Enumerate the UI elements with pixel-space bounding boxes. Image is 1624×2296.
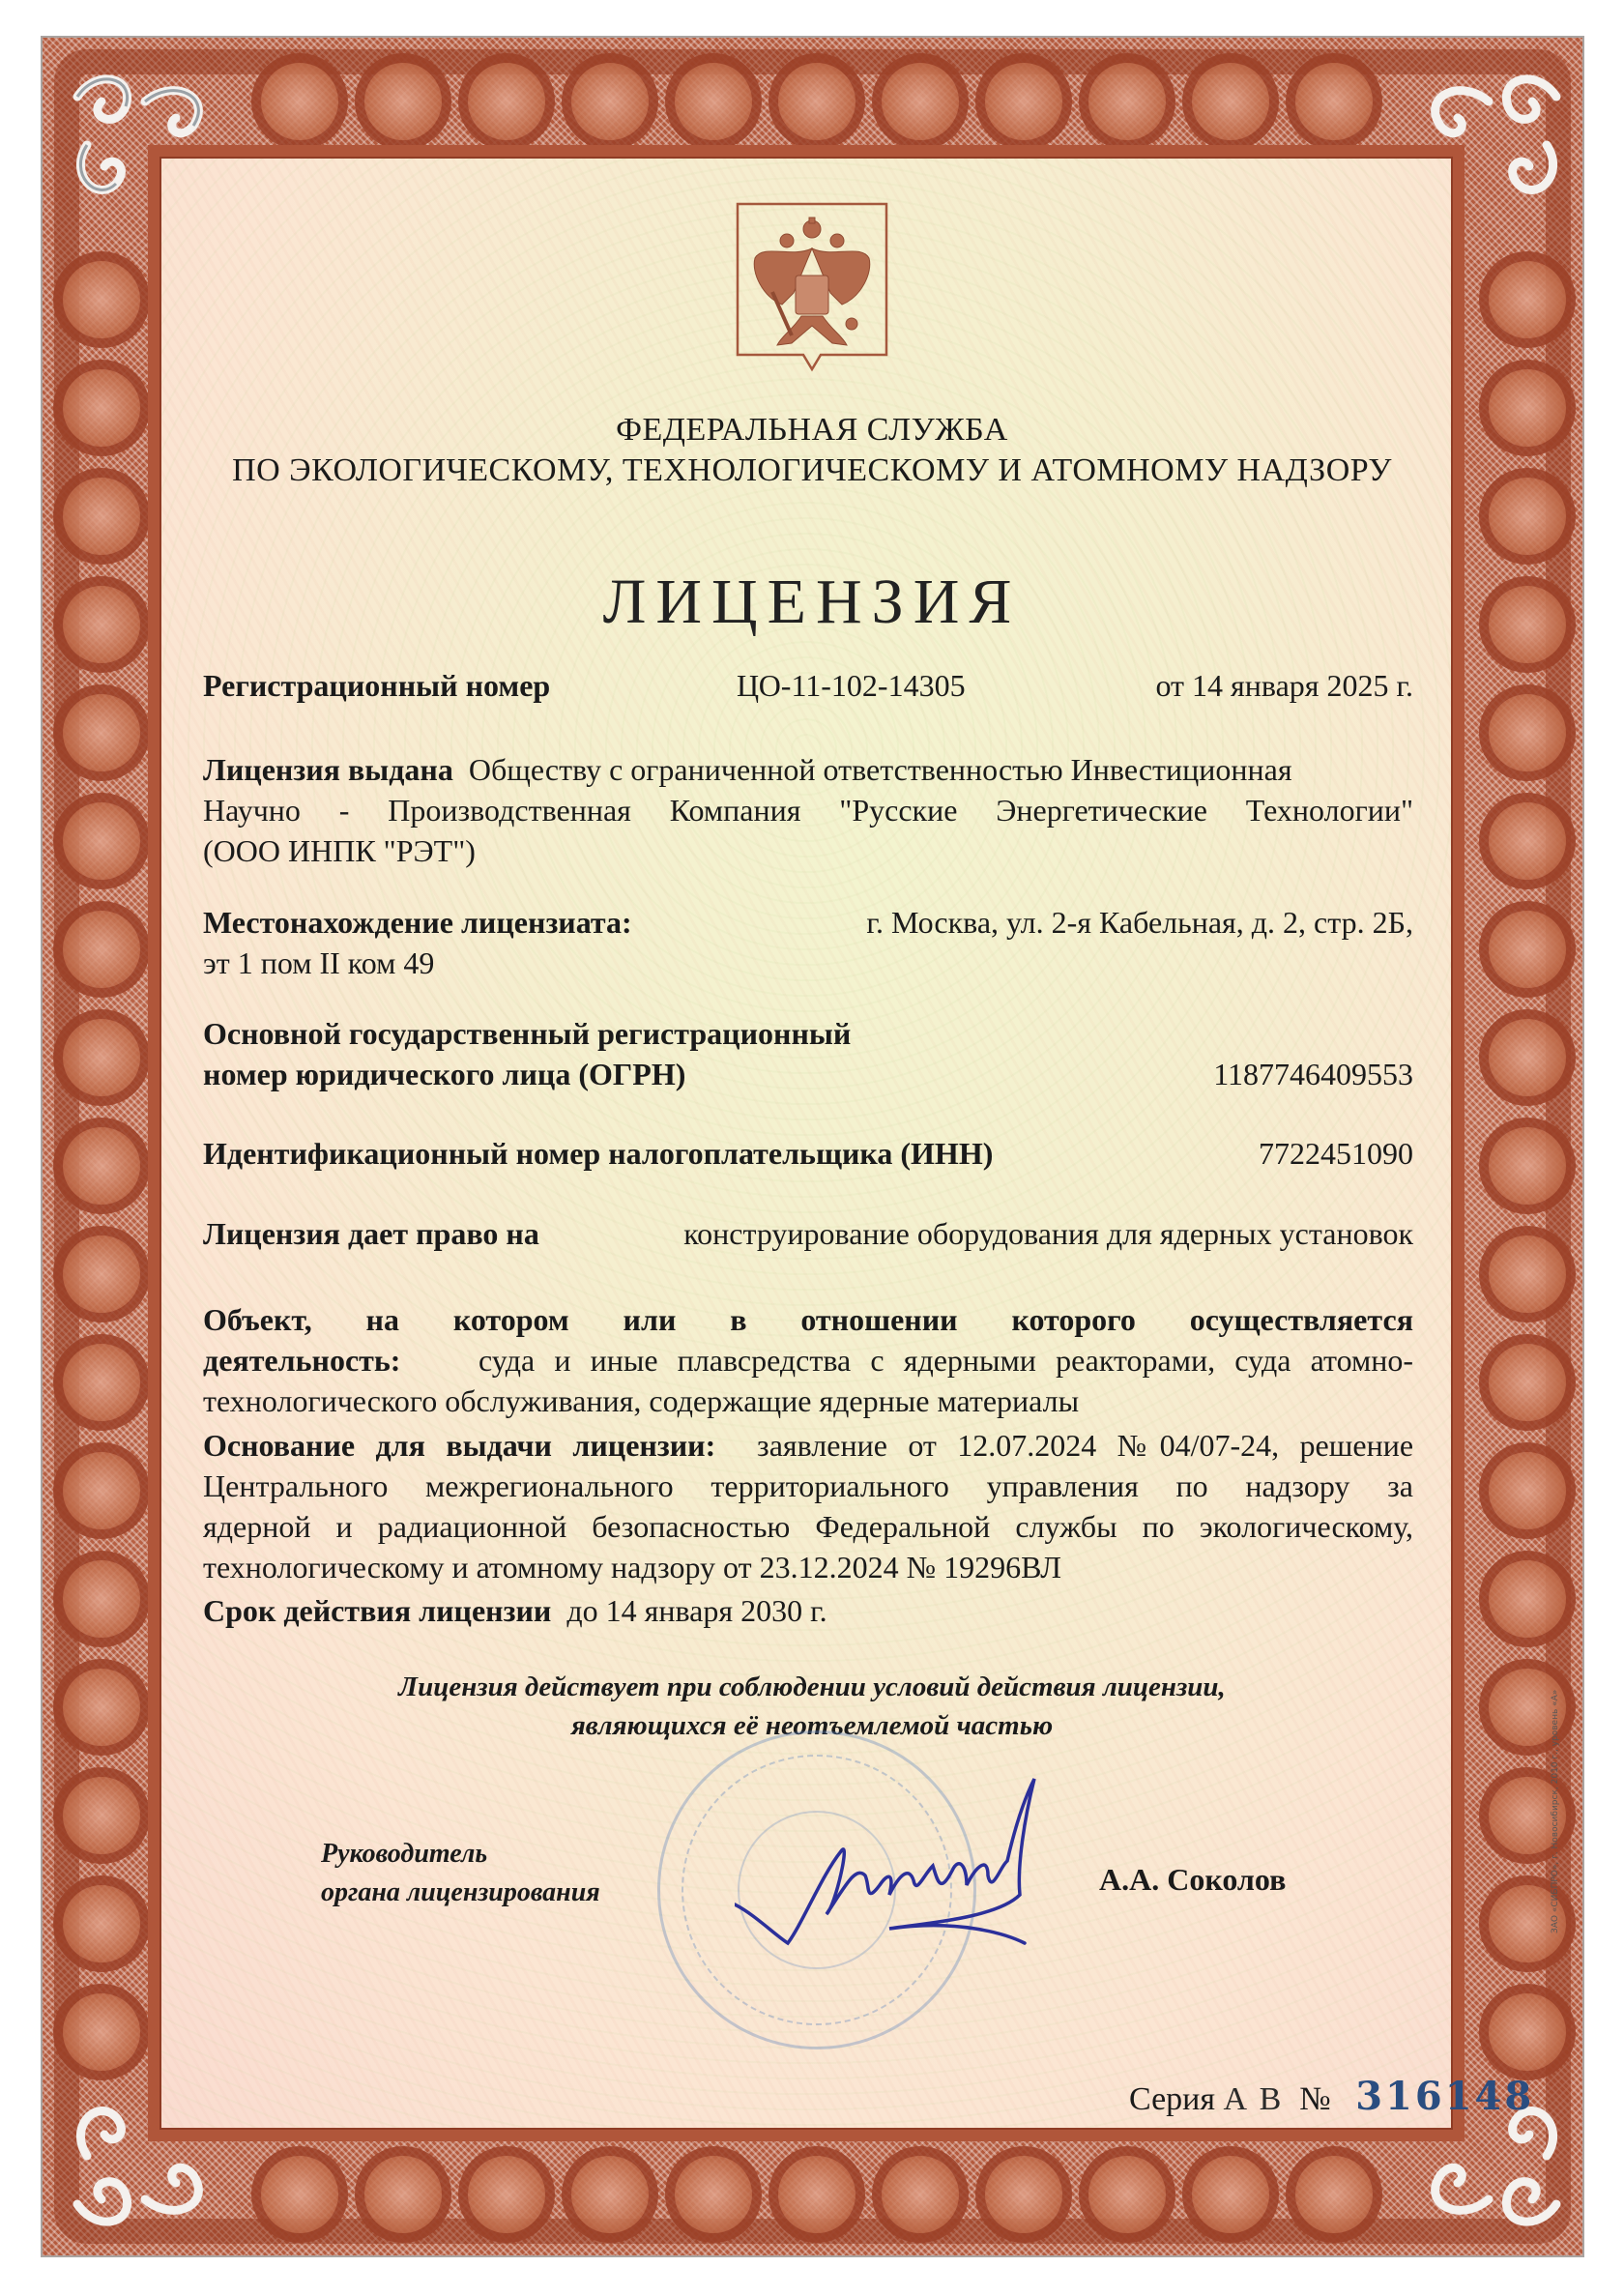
inn-value: 7722451090 xyxy=(1259,1133,1413,1174)
frame-scallop-ornament xyxy=(53,1226,150,1322)
rights-label: Лицензия дает право на xyxy=(203,1216,539,1251)
object-label-line2: деятельность: xyxy=(203,1343,400,1378)
frame-scallop-ornament xyxy=(768,53,865,150)
frame-scallop-ornament xyxy=(251,53,348,150)
document-title: ЛИЦЕНЗИЯ xyxy=(0,566,1624,639)
basis-value-line1: заявление от 12.07.2024 №04/07-24, решен… xyxy=(757,1428,1413,1463)
serial-number: 316148 xyxy=(1355,2074,1534,2119)
frame-scallop-ornament xyxy=(1079,2146,1175,2243)
frame-scallop-ornament xyxy=(1479,1551,1576,1647)
issued-to-line2: Научно - Производственная Компания "Русс… xyxy=(203,790,1413,830)
inn-label: Идентификационный номер налогоплательщик… xyxy=(203,1136,993,1171)
frame-scallop-ornament xyxy=(562,53,658,150)
frame-scallop-ornament xyxy=(1079,53,1175,150)
frame-scallop-ornament xyxy=(1479,684,1576,781)
object-value-line1: суда и иные плавсредства с ядерными реак… xyxy=(478,1343,1413,1378)
frame-scallop-ornament xyxy=(53,901,150,998)
frame-scallop-ornament xyxy=(53,251,150,348)
validity-row: Срок действия лицензии до 14 января 2030… xyxy=(203,1590,1413,1631)
ogrn-label-line1: Основной государственный регистрационный xyxy=(203,1013,1413,1054)
frame-scallop-ornament xyxy=(872,2146,969,2243)
conditions-note-line1: Лицензия действует при соблюдении услови… xyxy=(0,1668,1624,1706)
form-serial-number: Серия А В № 316148 xyxy=(1129,2074,1534,2119)
frame-scallop-ornament xyxy=(1479,901,1576,998)
frame-scallop-ornament xyxy=(1479,1009,1576,1106)
signatory-position: Руководитель органа лицензирования xyxy=(321,1835,600,1912)
frame-scallop-ornament xyxy=(53,1009,150,1106)
agency-name-line1: ФЕДЕРАЛЬНАЯ СЛУЖБА xyxy=(0,412,1624,449)
basis-label: Основание для выдачи лицензии: xyxy=(203,1428,715,1463)
agency-name-line2: ПО ЭКОЛОГИЧЕСКОМУ, ТЕХНОЛОГИЧЕСКОМУ И АТ… xyxy=(0,452,1624,489)
frame-scallop-ornament xyxy=(1479,1442,1576,1539)
signatory-position-line1: Руководитель xyxy=(321,1835,600,1874)
frame-scallop-ornament xyxy=(53,1551,150,1647)
issued-to-label: Лицензия выдана xyxy=(203,752,453,787)
basis-value-line3: ядерной и радиационной безопасностью Фед… xyxy=(203,1506,1413,1547)
series-value: А В xyxy=(1224,2081,1284,2117)
series-label: Серия xyxy=(1129,2081,1215,2117)
registration-date: от 14 января 2025 г. xyxy=(1155,665,1413,706)
object-label-line1: Объект, на котором или в отношении котор… xyxy=(203,1299,1413,1340)
frame-scallop-ornament xyxy=(1479,1767,1576,1864)
frame-scallop-ornament xyxy=(1286,2146,1382,2243)
location-block: Местонахождение лицензиата: г. Москва, у… xyxy=(203,902,1413,983)
frame-scallop-ornament xyxy=(53,793,150,889)
object-value-line2: технологического обслуживания, содержащи… xyxy=(203,1381,1413,1421)
frame-scallop-ornament xyxy=(53,1118,150,1214)
frame-scallop-ornament xyxy=(1479,1334,1576,1431)
inn-row: Идентификационный номер налогоплательщик… xyxy=(203,1133,1413,1174)
frame-scallop-ornament xyxy=(665,2146,762,2243)
frame-scallop-ornament xyxy=(872,53,969,150)
frame-scallop-ornament xyxy=(53,1875,150,1972)
registration-number: ЦО-11-102-14305 xyxy=(737,665,966,706)
frame-scallop-ornament xyxy=(1479,1226,1576,1322)
frame-scallop-ornament xyxy=(53,684,150,781)
basis-value-line2: Центрального межрегионального территориа… xyxy=(203,1466,1413,1506)
frame-scallop-ornament xyxy=(53,1442,150,1539)
location-label: Местонахождение лицензиата: xyxy=(203,905,632,940)
rights-row: Лицензия дает право на конструирование о… xyxy=(203,1213,1413,1254)
frame-scallop-ornament xyxy=(355,53,451,150)
issued-to-line1: Обществу с ограниченной ответственностью… xyxy=(469,752,1292,787)
location-line1: г. Москва, ул. 2-я Кабельная, д. 2, стр.… xyxy=(866,902,1413,943)
frame-scallop-ornament xyxy=(53,1767,150,1864)
frame-scallop-ornament xyxy=(562,2146,658,2243)
ogrn-block: Основной государственный регистрационный… xyxy=(203,1013,1413,1094)
frame-scallop-ornament xyxy=(458,2146,555,2243)
frame-scallop-ornament xyxy=(1479,251,1576,348)
signatory-name: А.А. Соколов xyxy=(1099,1862,1286,1898)
registration-row: Регистрационный номер ЦО-11-102-14305 от… xyxy=(203,665,1413,706)
location-line2: эт 1 пом II ком 49 xyxy=(203,943,1413,983)
frame-scallop-ornament xyxy=(1479,793,1576,889)
frame-scallop-ornament xyxy=(1479,1875,1576,1972)
validity-label: Срок действия лицензии xyxy=(203,1593,551,1628)
validity-value: до 14 января 2030 г. xyxy=(566,1593,826,1628)
frame-scallop-ornament xyxy=(975,53,1072,150)
frame-scallop-ornament xyxy=(665,53,762,150)
object-block: Объект, на котором или в отношении котор… xyxy=(203,1299,1413,1421)
ogrn-value: 1187746409553 xyxy=(1213,1054,1413,1094)
signatory-position-line2: органа лицензирования xyxy=(321,1874,600,1912)
basis-block: Основание для выдачи лицензии: заявление… xyxy=(203,1425,1413,1587)
frame-scallop-ornament xyxy=(53,1334,150,1431)
handwritten-signature-icon xyxy=(735,1759,1199,1953)
frame-scallop-ornament xyxy=(251,2146,348,2243)
issued-to-line3: (ООО ИНПК "РЭТ") xyxy=(203,830,1413,871)
frame-scallop-ornament xyxy=(975,2146,1072,2243)
issued-to-block: Лицензия выдана Обществу с ограниченной … xyxy=(203,749,1413,871)
frame-scallop-ornament xyxy=(1182,53,1279,150)
frame-scallop-ornament xyxy=(1286,53,1382,150)
frame-scallop-ornament xyxy=(355,2146,451,2243)
printer-imprint: ЗАО «СИБПРО», г. Новосибирск, 2010 г., у… xyxy=(1551,1690,1560,1933)
basis-value-line4: технологическому и атомному надзору от 2… xyxy=(203,1547,1413,1587)
rights-value: конструирование оборудования для ядерных… xyxy=(683,1213,1413,1254)
russian-coat-of-arms-icon xyxy=(734,200,890,377)
frame-scallop-ornament xyxy=(768,2146,865,2243)
registration-label: Регистрационный номер xyxy=(203,668,550,703)
frame-scallop-ornament xyxy=(458,53,555,150)
number-sign: № xyxy=(1299,2081,1330,2117)
frame-scallop-ornament xyxy=(1479,1118,1576,1214)
frame-scallop-ornament xyxy=(1182,2146,1279,2243)
